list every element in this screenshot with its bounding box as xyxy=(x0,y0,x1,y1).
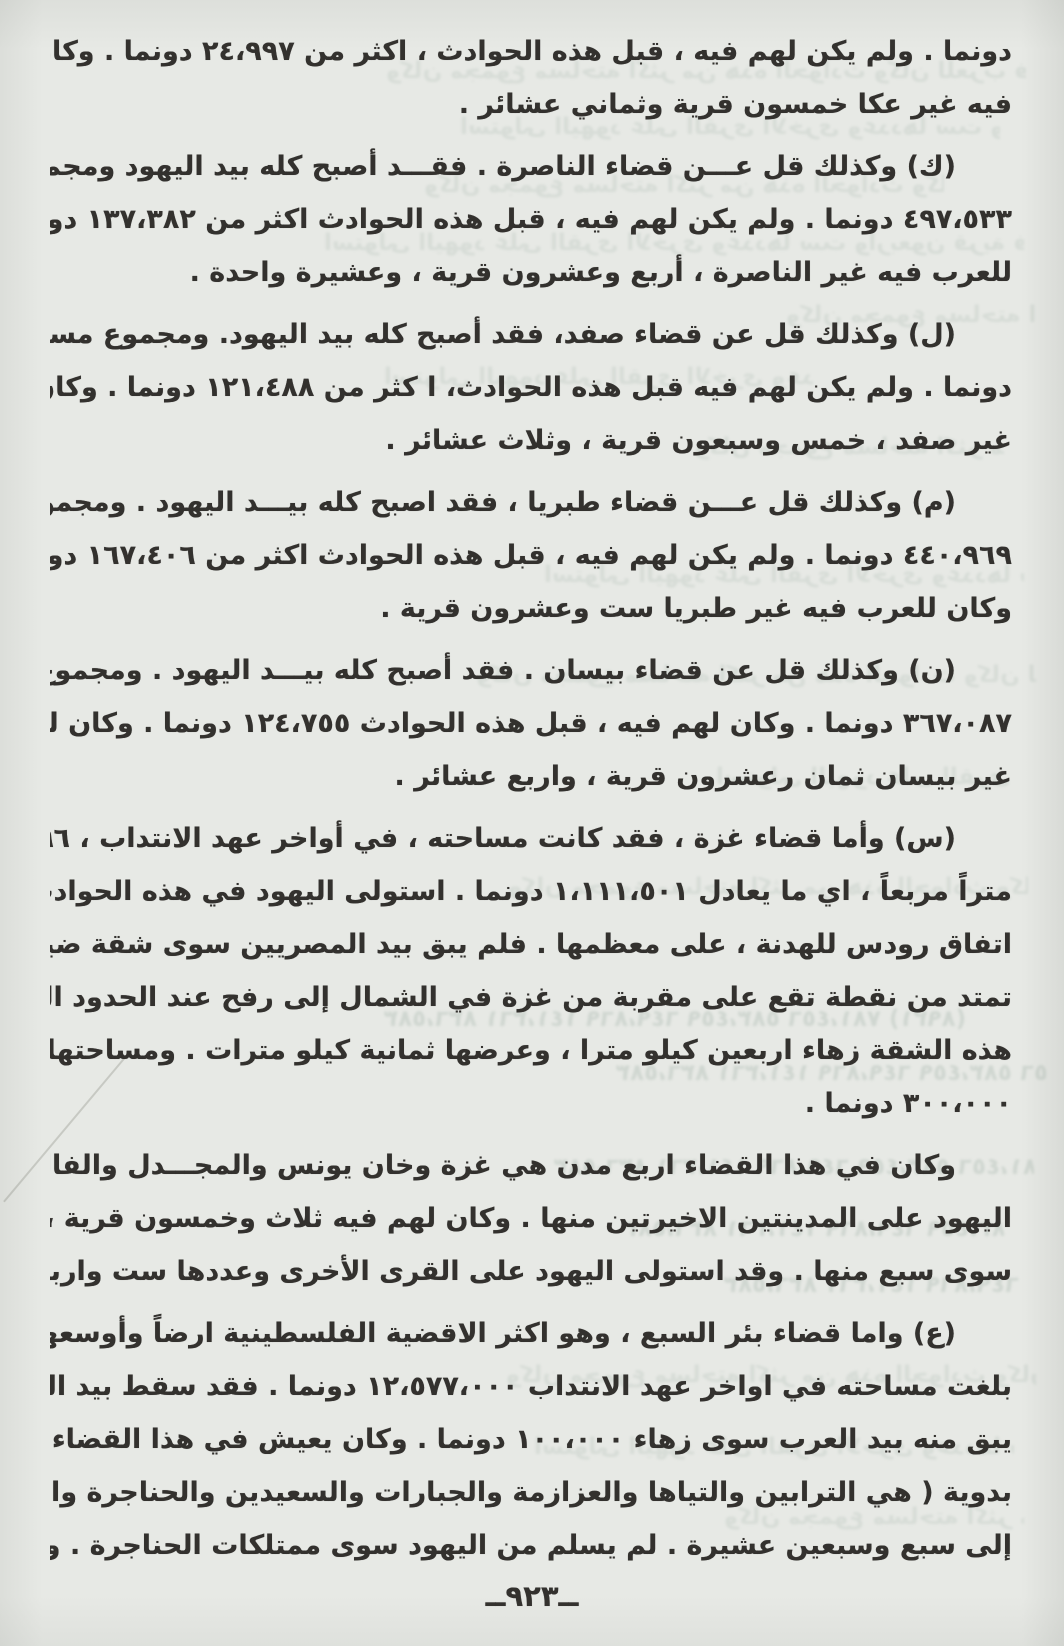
text-line: ٣٠٠،٠٠٠ دونما . xyxy=(50,1077,1012,1130)
scanned-book-page: وكان مجموع مساحته اكثر من هذه الحوادث وك… xyxy=(0,0,1064,1646)
text-line: وكان للعرب فيه غير طبريا ست وعشرون قرية … xyxy=(50,582,1012,635)
text-line: فيه غير عكا خمسون قرية وثماني عشائر . xyxy=(50,78,1012,131)
text-line: يبق منه بيد العرب سوى زهاء ١٠٠،٠٠٠ دونما… xyxy=(50,1413,1012,1466)
paragraph: (ع) واما قضاء بئر السبع ، وهو اكثر الاقض… xyxy=(50,1307,1012,1572)
text-line: بدوية ( هي الترابين والتياها والعزازمة و… xyxy=(50,1466,1012,1519)
text-line: (م) وكذلك قل عـــن قضاء طبريا ، فقد اصبح… xyxy=(50,476,1012,529)
paragraph: (س) وأما قضاء غزة ، فقد كانت مساحته ، في… xyxy=(50,812,1012,1130)
text-line: ٤٩٧،٥٣٣ دونما . ولم يكن لهم فيه ، قبل هذ… xyxy=(50,193,1012,246)
text-line: دونما . ولم يكن لهم فيه قبل هذه الحوادث،… xyxy=(50,361,1012,414)
text-line: (ع) واما قضاء بئر السبع ، وهو اكثر الاقض… xyxy=(50,1307,1012,1360)
page-number: ــ٩٢٣ــ xyxy=(0,1576,1064,1616)
paragraph: وكان في هذا القضاء اربع مدن هي غزة وخان … xyxy=(50,1139,1012,1298)
paragraph: (ن) وكذلك قل عن قضاء بيسان . فقد أصبح كل… xyxy=(50,644,1012,803)
text-line: سوى سبع منها . وقد استولى اليهود على الق… xyxy=(50,1245,1012,1298)
paragraph: (م) وكذلك قل عـــن قضاء طبريا ، فقد اصبح… xyxy=(50,476,1012,635)
page-text: دونما . ولم يكن لهم فيه ، قبل هذه الحواد… xyxy=(50,0,1012,1572)
text-line: ٣٦٧،٠٨٧ دونما . وكان لهم فيه ، قبل هذه ا… xyxy=(50,697,1012,750)
paragraph: (ل) وكذلك قل عن قضاء صفد، فقد أصبح كله ب… xyxy=(50,308,1012,467)
paragraph: (ك) وكذلك قل عـــن قضاء الناصرة . فقـــد… xyxy=(50,140,1012,299)
text-line: متراً مربعاً ، اي ما يعادل ١،١١١،٥٠١ دون… xyxy=(50,865,1012,918)
text-line: غير بيسان ثمان رعشرون قرية ، واربع عشائر… xyxy=(50,750,1012,803)
text-line: (ل) وكذلك قل عن قضاء صفد، فقد أصبح كله ب… xyxy=(50,308,1012,361)
text-line: (ن) وكذلك قل عن قضاء بيسان . فقد أصبح كل… xyxy=(50,644,1012,697)
text-line: دونما . ولم يكن لهم فيه ، قبل هذه الحواد… xyxy=(50,25,1012,78)
text-line: بلغت مساحته في اواخر عهد الانتداب ١٢،٥٧٧… xyxy=(50,1360,1012,1413)
text-line: اتفاق رودس للهدنة ، على معظمها . فلم يبق… xyxy=(50,918,1012,971)
text-line: اليهود على المدينتين الاخيرتين منها . وك… xyxy=(50,1192,1012,1245)
text-line: غير صفد ، خمس وسبعون قرية ، وثلاث عشائر … xyxy=(50,414,1012,467)
text-line: (ك) وكذلك قل عـــن قضاء الناصرة . فقـــد… xyxy=(50,140,1012,193)
text-line: ٤٤٠،٩٦٩ دونما . ولم يكن لهم فيه ، قبل هذ… xyxy=(50,529,1012,582)
text-line: هذه الشقة زهاء اربعين كيلو مترا ، وعرضها… xyxy=(50,1024,1012,1077)
text-line: وكان في هذا القضاء اربع مدن هي غزة وخان … xyxy=(50,1139,1012,1192)
text-line: تمتد من نقطة تقع على مقربة من غزة في الش… xyxy=(50,971,1012,1024)
paragraph: دونما . ولم يكن لهم فيه ، قبل هذه الحواد… xyxy=(50,25,1012,131)
text-line: للعرب فيه غير الناصرة ، أربع وعشرون قرية… xyxy=(50,246,1012,299)
text-line: (س) وأما قضاء غزة ، فقد كانت مساحته ، في… xyxy=(50,812,1012,865)
text-line: إلى سبع وسبعين عشيرة . لم يسلم من اليهود… xyxy=(50,1519,1012,1572)
